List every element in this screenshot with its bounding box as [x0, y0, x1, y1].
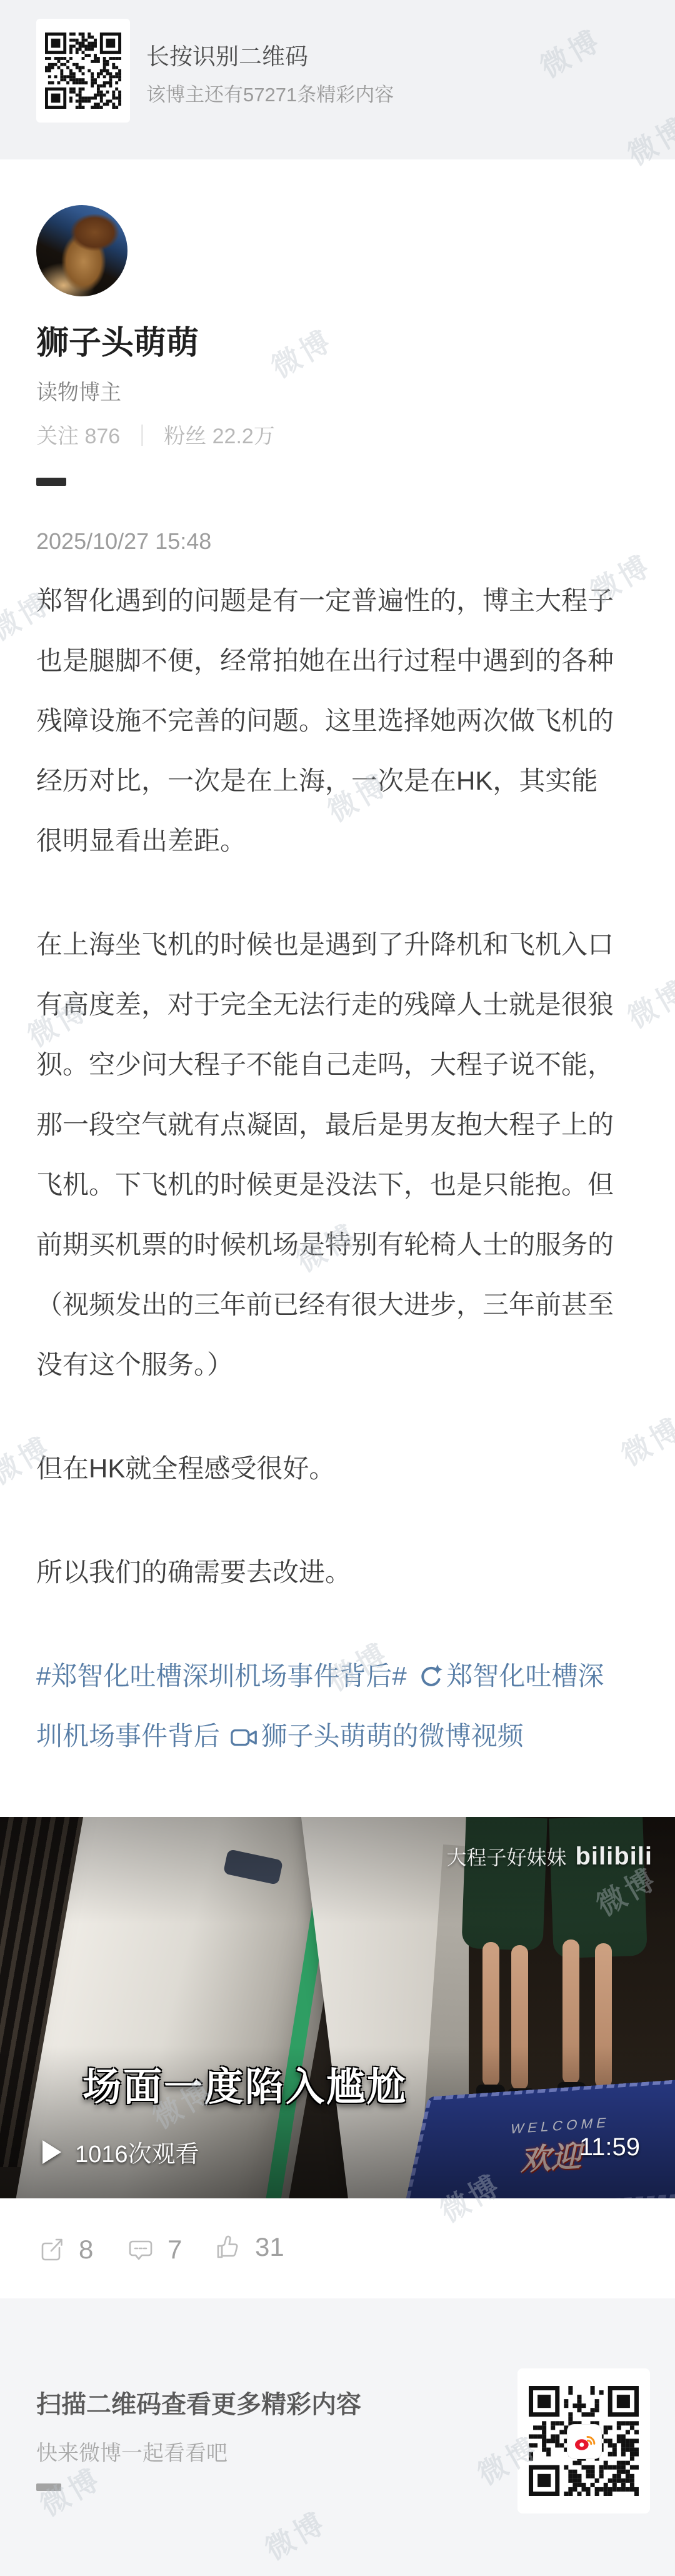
video-thumbnail[interactable]: WELCOME 欢迎 大程子好妹妹 bilibili 场面一度陷入尴尬 1016…	[0, 1817, 675, 2198]
top-banner: 长按识别二维码 该博主还有57271条精彩内容	[0, 0, 675, 159]
follow-fans-stats: 关注 876｜粉丝 22.2万	[36, 419, 275, 450]
profile-qr-card[interactable]	[36, 19, 130, 123]
view-count: 1016次观看	[75, 2135, 199, 2169]
comment-icon	[126, 2235, 155, 2264]
post-line: 残障设施不完善的问题。这里选择她两次做飞机的	[36, 691, 639, 751]
post-line: 飞机。下飞机的时候更是没法下，也是只能抱。但	[36, 1155, 639, 1215]
post-line: （视频发出的三年前已经有很大进步，三年前甚至	[36, 1275, 639, 1335]
post-line: 很明显看出差距。	[36, 811, 639, 871]
bottom-banner: 扫描二维码查看更多精彩内容 快来微博一起看看吧	[0, 2298, 675, 2576]
video-camera-icon	[230, 1725, 259, 1750]
qr-instruction: 长按识别二维码	[146, 38, 308, 71]
post-line: 但在HK就全程感受很好。	[36, 1439, 639, 1499]
more-content-count: 该博主还有57271条精彩内容	[146, 79, 394, 107]
weibo-watermark: 微博	[262, 318, 339, 386]
action-bar: 8 7 31	[0, 2226, 675, 2282]
footer-qr-card[interactable]	[517, 2368, 650, 2513]
post-line: 经历对比，一次是在上海，一次是在HK，其实能	[36, 751, 639, 811]
avatar[interactable]	[36, 205, 127, 296]
like-button[interactable]: 31	[212, 2232, 284, 2262]
comment-button[interactable]: 7	[126, 2235, 182, 2265]
follow-label: 关注	[36, 425, 79, 448]
footer-dash	[36, 2483, 61, 2491]
fans-count: 22.2万	[212, 425, 275, 448]
repost-icon	[37, 2235, 66, 2264]
post-paragraph: 但在HK就全程感受很好。	[36, 1439, 639, 1499]
post-line: 狈。空少问大程子不能自己走吗，大程子说不能，	[36, 1035, 639, 1095]
post-line[interactable]: 圳机场事件背后 狮子头萌萌的微博视频	[36, 1706, 639, 1766]
bilibili-logo: bilibili	[575, 1843, 652, 1871]
post-body: 郑智化遇到的问题是有一定普遍性的，博主大程子也是腿脚不便，经常拍她在出行过程中遇…	[36, 571, 639, 1766]
post-line: 在上海坐飞机的时候也是遇到了升降机和飞机入口	[36, 915, 639, 975]
post-line: 也是腿脚不便，经常拍她在出行过程中遇到的各种	[36, 631, 639, 691]
follow-count: 876	[84, 425, 120, 448]
topic-icon	[416, 1663, 444, 1690]
bilibili-watermark: 大程子好妹妹 bilibili	[446, 1842, 652, 1871]
play-icon[interactable]	[42, 2140, 61, 2164]
post-line: 所以我们的确需要去改进。	[36, 1542, 639, 1602]
post-line: 郑智化遇到的问题是有一定普遍性的，博主大程子	[36, 571, 639, 631]
footer-title: 扫描二维码查看更多精彩内容	[36, 2385, 361, 2420]
repost-count: 8	[79, 2235, 93, 2265]
post-line: 没有这个服务。）	[36, 1335, 639, 1395]
repost-button[interactable]: 8	[37, 2235, 93, 2265]
fans-label: 粉丝	[164, 425, 206, 448]
footer-subtitle: 快来微博一起看看吧	[36, 2436, 227, 2467]
thumbs-up-icon	[212, 2232, 242, 2262]
post-line[interactable]: #郑智化吐槽深圳机场事件背后# 郑智化吐槽深	[36, 1646, 639, 1706]
weibo-logo-icon	[572, 2429, 597, 2454]
post-paragraph: 郑智化遇到的问题是有一定普遍性的，博主大程子也是腿脚不便，经常拍她在出行过程中遇…	[36, 571, 639, 871]
weibo-share-card: 微博微博微博微博微博微博微博微博微博微博微博微博微博微博微博微博微博微博 长按识…	[0, 0, 675, 2576]
post-paragraph: 所以我们的确需要去改进。	[36, 1542, 639, 1602]
post-line: 前期买机票的时候机场是特别有轮椅人士的服务的	[36, 1215, 639, 1275]
video-duration: 11:59	[579, 2133, 640, 2161]
hashtag-links[interactable]: #郑智化吐槽深圳机场事件背后# 郑智化吐槽深圳机场事件背后 狮子头萌萌的微博视频	[36, 1646, 639, 1766]
video-subtitle: 场面一度陷入尴尬	[82, 2056, 407, 2111]
blogger-category: 读物博主	[36, 375, 121, 406]
post-line: 那一段空气就有点凝固，最后是男友抱大程子上的	[36, 1095, 639, 1155]
username[interactable]: 狮子头萌萌	[36, 316, 199, 363]
post-date: 2025/10/27 15:48	[36, 528, 211, 555]
post-line: 有高度差，对于完全无法行走的残障人士就是很狼	[36, 975, 639, 1035]
like-count: 31	[255, 2232, 284, 2262]
post-paragraph: 在上海坐飞机的时候也是遇到了升降机和飞机入口有高度差，对于完全无法行走的残障人士…	[36, 915, 639, 1395]
qr-code	[45, 33, 121, 109]
divider-dash	[36, 478, 66, 486]
weibo-logo-badge	[567, 2424, 602, 2459]
stats-separator: ｜	[131, 425, 152, 448]
comment-count: 7	[167, 2235, 182, 2265]
